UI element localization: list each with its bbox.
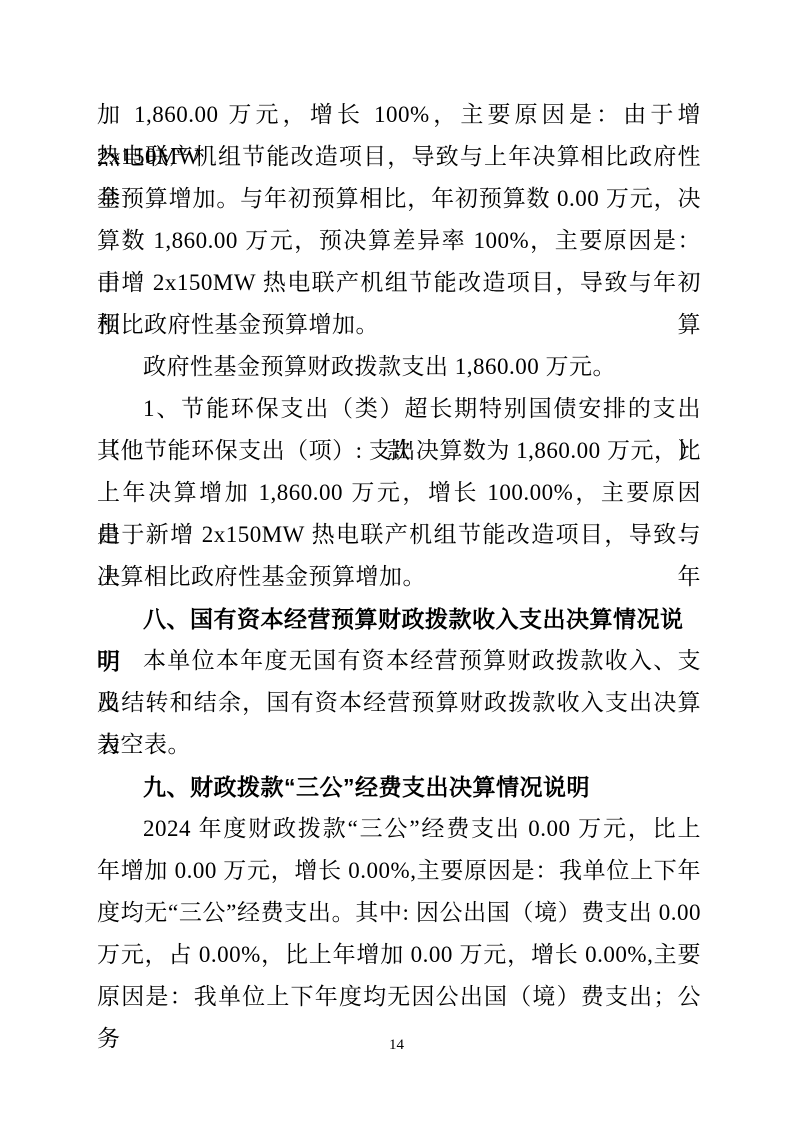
- text-line: 万元，占 0.00%，比上年增加 0.00 万元，增长 0.00%,主要: [97, 934, 701, 976]
- text-line: 上年决算增加 1,860.00 万元，增长 100.00%，主要原因是：: [97, 472, 701, 514]
- document-body: 加 1,860.00 万元，增长 100%，主要原因是：由于增 2x150MW …: [97, 94, 701, 1018]
- text-line: 原因是：我单位上下年度均无因公出国（境）费支出；公务: [97, 976, 701, 1018]
- text-line: 于增 2x150MW 热电联产机组节能改造项目，导致与年初预算: [97, 262, 701, 304]
- text-line: 加 1,860.00 万元，增长 100%，主要原因是：由于增 2x150MW: [97, 94, 701, 136]
- text-line: 政府性基金预算财政拨款支出 1,860.00 万元。: [97, 346, 701, 388]
- text-line: 及结转和结余，国有资本经营预算财政拨款收入支出决算表: [97, 682, 701, 724]
- text-line: 热电联产机组节能改造项目，导致与上年决算相比政府性基: [97, 136, 701, 178]
- text-line: 算数 1,860.00 万元，预决算差异率 100%，主要原因是：由: [97, 220, 701, 262]
- text-line: 年增加 0.00 万元，增长 0.00%,主要原因是：我单位上下年: [97, 850, 701, 892]
- section-heading-8: 八、国有资本经营预算财政拨款收入支出决算情况说明: [97, 598, 701, 640]
- text-line: 为空表。: [97, 724, 701, 766]
- text-line: 1、节能环保支出（类）超长期特别国债安排的支出（款）: [97, 388, 701, 430]
- page-footer: 14: [0, 1036, 793, 1054]
- text-line: 本单位本年度无国有资本经营预算财政拨款收入、支出: [97, 640, 701, 682]
- document-page: 加 1,860.00 万元，增长 100%，主要原因是：由于增 2x150MW …: [0, 0, 793, 1122]
- page-number: 14: [389, 1037, 404, 1053]
- text-line: 其他节能环保支出（项）: 支出决算数为 1,860.00 万元，比: [97, 430, 701, 472]
- text-line: 2024 年度财政拨款“三公”经费支出 0.00 万元，比上: [97, 808, 701, 850]
- text-line: 由于新增 2x150MW 热电联产机组节能改造项目，导致与上年: [97, 514, 701, 556]
- section-heading-9: 九、财政拨款“三公”经费支出决算情况说明: [97, 766, 701, 808]
- text-line: 金预算增加。与年初预算相比，年初预算数 0.00 万元，决: [97, 178, 701, 220]
- text-line: 度均无“三公”经费支出。其中: 因公出国（境）费支出 0.00: [97, 892, 701, 934]
